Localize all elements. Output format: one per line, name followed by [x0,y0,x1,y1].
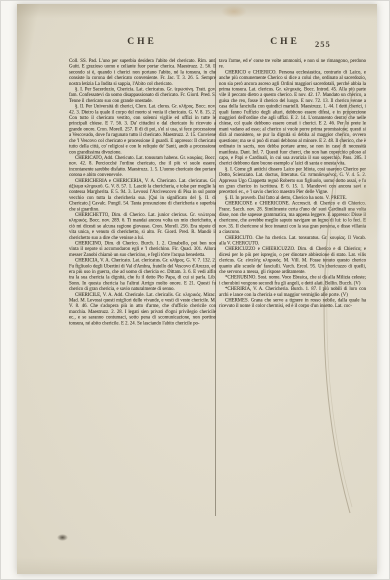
dictionary-entry-paragraph: §. I. Come gli antichi dissero Laico per… [219,166,366,195]
dictionary-entry-paragraph: CHERMES. Grana che serve a tignere in ro… [219,298,366,309]
dictionary-entry-paragraph: CHERICUTO. Che ha cherica. Lat. tonsurat… [219,235,366,246]
dictionary-entry-paragraph: CHERICINO, Dim. di Cherico. Burch. 1. 2.… [69,241,216,258]
dictionary-entry-paragraph: CHERICHETTO, Dim. di Cherico. Lat. junio… [69,212,216,241]
dictionary-entry-paragraph: Coll. SS. Pad. L'uno per superbia deside… [69,58,216,87]
dictionary-entry-paragraph: CHERICUZZO e CHIERICUZZO. Dim. di Cheric… [219,246,366,275]
dictionary-entry-paragraph: tava l'arme, ed e' corse tre volte ammon… [219,58,366,69]
text-column-right: tava l'arme, ed e' corse tre volte ammon… [219,58,366,518]
dictionary-entry-paragraph: CHERICO e CHIERICO. Persona ecclesiastic… [219,69,366,166]
dictionary-entry-paragraph: §. I. Per Sacerdozio, Chericia. Lat. cle… [69,87,216,104]
text-column-right-content: tava l'arme, ed e' corse tre volte ammon… [219,58,366,309]
book-page-scan: CHE CHE 255 Coll. SS. Pad. L'uno per sup… [0,0,390,580]
paper-sheet: CHE CHE 255 Coll. SS. Pad. L'uno per sup… [17,4,377,574]
dictionary-entry-paragraph: CHERICILE, V. A. Add. Chericale. Lat. cl… [69,292,216,326]
running-title-left: CHE [69,37,215,51]
dictionary-entry-paragraph: *CHERUBINO. Sost. nome. Voce Ebraica, ch… [219,275,366,286]
dictionary-entry-paragraph: *CHERIRIA, V. A. Chericheria. Burch. 1. … [219,286,366,297]
paper-stain [221,5,247,18]
text-column-left-content: Coll. SS. Pad. L'uno per superbia deside… [69,58,216,326]
dictionary-entry-paragraph: CHERICATO, Add. Chericuto. Lat. tonsuram… [69,155,216,178]
ink-smudge [57,534,68,541]
page-number: 255 [315,39,349,49]
dictionary-entry-paragraph: CHERICIA, V. A. Chericato. Lat. clericat… [69,258,216,292]
dictionary-entry-paragraph: §. II. Per Università di cherici, Clero.… [69,104,216,155]
paper-stain [347,154,387,244]
dictionary-entry-paragraph: CHERICONE e CHIERICONE. Accrescit. di Ch… [219,201,366,235]
text-column-left: Coll. SS. Pad. L'uno per superbia deside… [69,58,216,518]
dictionary-entry-paragraph: CHERICHERIA e CHERICERIA, V. A. Chericat… [69,178,216,212]
